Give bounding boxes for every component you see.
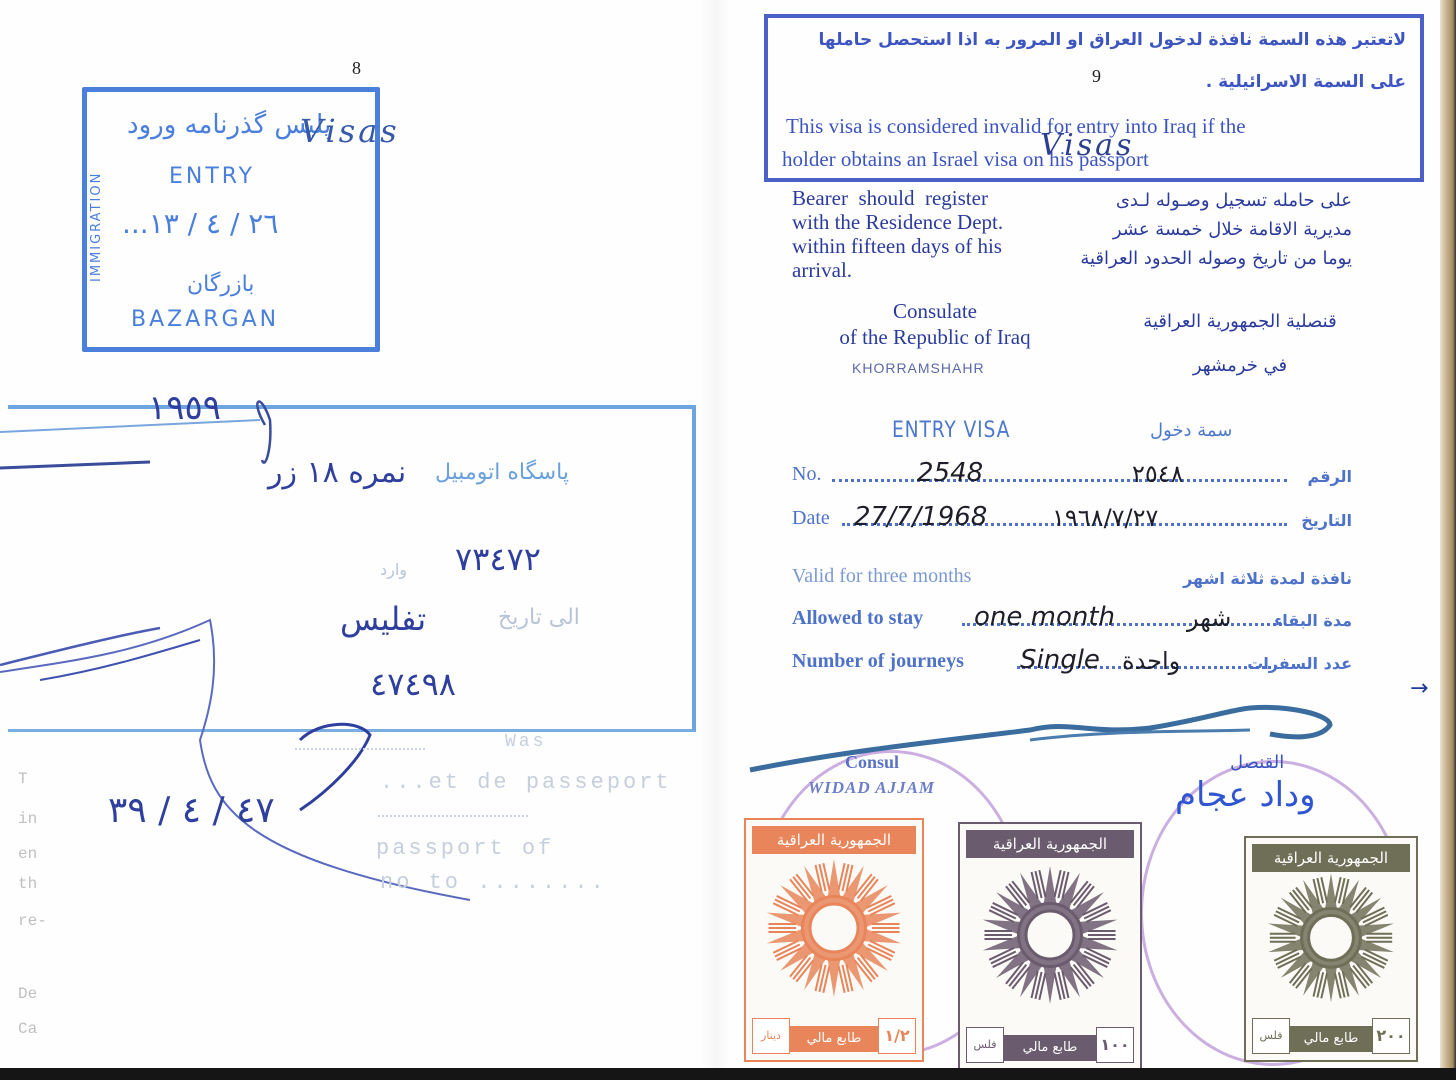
- consul-name: WIDAD AJJAM: [808, 778, 935, 798]
- stamp-persian-city: بازرگان: [187, 272, 254, 297]
- dotted-line: [832, 479, 1287, 482]
- stamp-currency: فلس: [966, 1027, 1004, 1063]
- faded-text-was: Was: [505, 732, 546, 752]
- margin-ghost-text: en: [18, 845, 37, 863]
- book-edge: [1440, 0, 1456, 1068]
- field-label-arabic: الرقم: [1308, 467, 1352, 486]
- passport-spread: 8 IMMIGRATION پلیس گذرنامه ورود ENTRY ٢٦…: [0, 0, 1456, 1068]
- stamp-denomination: ١٠٠: [1096, 1027, 1134, 1063]
- stamp-side-text: IMMIGRATION: [89, 142, 109, 312]
- consulate-city: KHORRAMSHAHR: [852, 360, 985, 376]
- stamp-date: ٢٦ / ٤ / ١٣...: [122, 207, 278, 240]
- entry-visa-title-arabic: سمة دخول: [1150, 420, 1232, 441]
- visas-heading-left: Visas: [300, 112, 400, 150]
- registration-notice-english: Bearer should register with the Residenc…: [792, 186, 1003, 282]
- field-label: Date: [792, 507, 830, 530]
- dotted-line: [295, 748, 425, 750]
- stamp-header: الجمهورية العراقية: [752, 826, 916, 854]
- revenue-stamp-100-fils: الجمهورية العراقية فلس طابع مالي ١٠٠: [958, 822, 1142, 1071]
- handwritten-date: تفليس: [340, 600, 426, 638]
- sun-emblem-icon: [1261, 868, 1401, 1008]
- visa-field-date: Date 27/7/1968 ١٩٦٨/٧/٢٧ التاريخ: [792, 500, 1352, 536]
- visas-heading-right: Visas: [1040, 128, 1134, 163]
- arrow-icon: →: [1410, 676, 1428, 701]
- stamp-denomination: ٢٠٠: [1372, 1018, 1410, 1054]
- field-label: Number of journeys: [792, 650, 964, 673]
- warning-arabic-line-1: لاتعتبر هذه السمة نافذة لدخول العراق او …: [819, 30, 1406, 50]
- faded-text-no-to: no to ........: [380, 870, 607, 895]
- field-value-arabic: ١٩٦٨/٧/٢٧: [1052, 504, 1158, 532]
- registration-notice-arabic: على حامله تسجيل وصـوله لـدى مديرية الاقا…: [1080, 186, 1352, 273]
- revenue-stamp-half-dinar: الجمهورية العراقية دينار طابع مالي ١/٢: [744, 818, 924, 1062]
- stamp-header: الجمهورية العراقية: [966, 830, 1134, 858]
- consulate-arabic: قنصلية الجمهورية العراقية في خرمشهر: [1130, 300, 1350, 388]
- sun-emblem-icon: [759, 853, 909, 1003]
- field-value: 2548: [917, 458, 983, 488]
- printed-label-date: الی تاریخ: [498, 605, 580, 630]
- vehicle-stamp-title: پاسگاه اتومبیل: [435, 460, 569, 485]
- handwritten-plate: نمره ١٨ زر: [268, 455, 406, 490]
- scan-bottom-border: [0, 1068, 1456, 1080]
- margin-ghost-text: Ca: [18, 1020, 37, 1038]
- stamp-currency: فلس: [1252, 1018, 1290, 1054]
- margin-ghost-text: in: [18, 810, 37, 828]
- consulate-line-2: of the Republic of Iraq: [800, 324, 1070, 350]
- consulate-arabic-line-1: قنصلية الجمهورية العراقية: [1130, 300, 1350, 344]
- field-value-arabic: ٢٥٤٨: [1132, 460, 1184, 488]
- field-value: Single: [1020, 645, 1100, 675]
- dotted-line: [378, 815, 528, 817]
- field-label-arabic: مدة البقاء: [1274, 611, 1352, 630]
- margin-ghost-text: th: [18, 875, 37, 893]
- field-value: one month: [974, 602, 1115, 632]
- revenue-stamp-200-fils: الجمهورية العراقية فلس طابع مالي ٢٠٠: [1244, 836, 1418, 1062]
- book-gutter: [700, 0, 730, 1068]
- margin-ghost-text: T: [18, 770, 28, 788]
- margin-ghost-text: re-: [18, 912, 47, 930]
- field-label: Allowed to stay: [792, 607, 923, 630]
- stamp-entry-title: ENTRY: [169, 164, 255, 189]
- page-number-right: 9: [1092, 66, 1101, 87]
- stamp-label: طابع مالي: [1290, 1026, 1372, 1052]
- visa-field-number: No. 2548 ٢٥٤٨ الرقم: [792, 456, 1352, 492]
- stamp-label: طابع مالي: [1004, 1035, 1096, 1061]
- visa-field-journeys: Number of journeys Single واحدة عدد السف…: [792, 643, 1352, 679]
- page-number-left: 8: [352, 58, 361, 79]
- consul-signature: [730, 700, 1430, 780]
- stamp-label: طابع مالي: [790, 1026, 878, 1052]
- consulate-english: Consulate of the Republic of Iraq: [800, 298, 1070, 350]
- field-label: No.: [792, 463, 821, 486]
- consul-name-arabic: وداد عجام: [1175, 775, 1316, 815]
- handwritten-number: ٧٣٤٧٢: [455, 540, 541, 578]
- stamp-city: BAZARGAN: [131, 307, 279, 332]
- handwritten-reference: ٤٧٤٩٨: [370, 665, 456, 703]
- warning-english-line-1: This visa is considered invalid for entr…: [786, 114, 1246, 139]
- consulate-line-1: Consulate: [800, 298, 1070, 324]
- sun-emblem-icon: [975, 860, 1125, 1010]
- consulate-arabic-line-2: في خرمشهر: [1130, 344, 1350, 388]
- handwritten-year: ١٩٥٩: [148, 388, 221, 428]
- entry-visa-title: ENTRY VISA: [892, 418, 1010, 443]
- field-label-arabic: عدد السفرات: [1247, 654, 1352, 673]
- field-value: 27/7/1968: [854, 502, 987, 532]
- stamp-denomination: ١/٢: [878, 1018, 916, 1054]
- field-value-arabic: شهر: [1187, 604, 1231, 632]
- consul-title-arabic: القنصل: [1230, 752, 1284, 773]
- field-label: Valid for three months: [792, 565, 971, 588]
- faded-text-passport-fr: ...et de passeport: [380, 770, 672, 795]
- faded-text-passport-en: passport of: [376, 836, 554, 861]
- visa-field-stay: Allowed to stay one month شهر مدة البقاء: [792, 600, 1352, 636]
- warning-arabic-line-2: على السمة الاسرائيلية .: [1206, 72, 1406, 92]
- consul-title: Consul: [845, 752, 899, 773]
- margin-ghost-text: De: [18, 985, 37, 1003]
- field-label-arabic: نافذة لمدة ثلاثة اشهر: [1183, 569, 1352, 588]
- visa-field-validity: Valid for three months نافذة لمدة ثلاثة …: [792, 558, 1352, 594]
- stamp-currency: دينار: [752, 1018, 790, 1054]
- printed-label-arrival: وارد: [380, 560, 407, 579]
- field-label-arabic: التاريخ: [1301, 511, 1352, 530]
- field-value-arabic: واحدة: [1122, 647, 1180, 675]
- handwritten-note: ٤٧ / ٤ / ٣٩: [108, 790, 275, 831]
